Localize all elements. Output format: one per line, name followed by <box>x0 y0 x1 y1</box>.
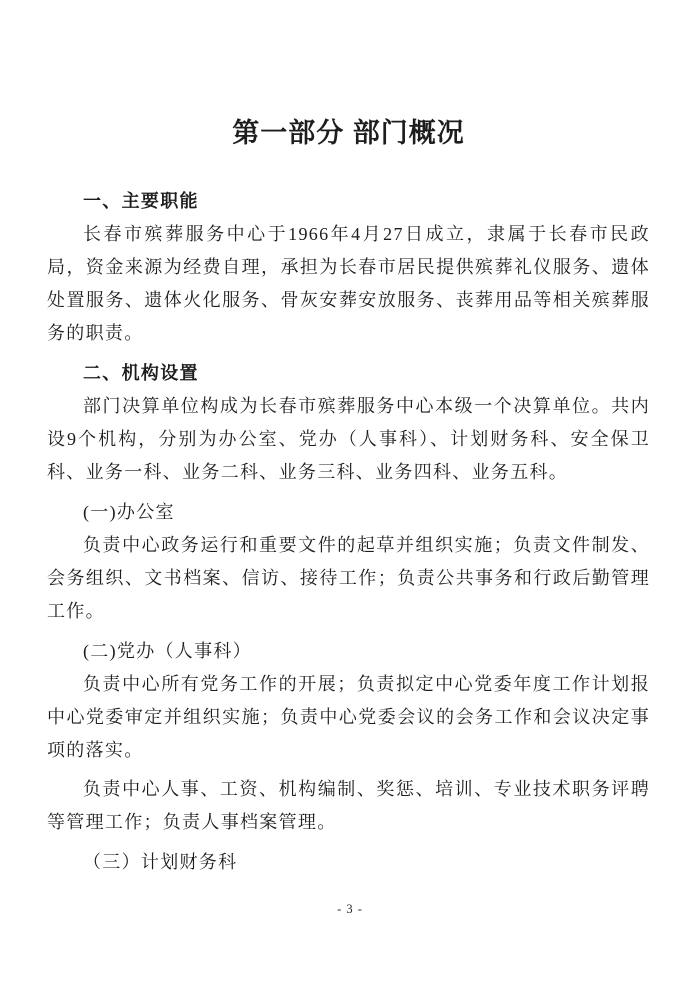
section-heading-main-duties: 一、主要职能 <box>47 185 650 218</box>
section-heading-organization: 二、机构设置 <box>47 357 650 390</box>
document-content: 第一部分 部门概况 一、主要职能 长春市殡葬服务中心于1966年4月27日成立，… <box>0 0 700 879</box>
paragraph: 长春市殡葬服务中心于1966年4月27日成立，隶属于长春市民政局，资金来源为经费… <box>47 218 650 350</box>
subsection-heading-office: (一)办公室 <box>47 496 650 529</box>
subsection-heading-finance: （三）计划财务科 <box>47 846 650 879</box>
page-number: - 3 - <box>0 902 700 917</box>
paragraph: 部门决算单位构成为长春市殡葬服务中心本级一个决算单位。共内设9个机构，分别为办公… <box>47 390 650 489</box>
paragraph: 负责中心政务运行和重要文件的起草并组织实施；负责文件制发、会务组织、文书档案、信… <box>47 529 650 628</box>
subsection-heading-party-office: (二)党办（人事科） <box>47 635 650 668</box>
paragraph: 负责中心所有党务工作的开展；负责拟定中心党委年度工作计划报中心党委审定并组织实施… <box>47 668 650 767</box>
document-page: 第一部分 部门概况 一、主要职能 长春市殡葬服务中心于1966年4月27日成立，… <box>0 0 700 990</box>
document-title: 第一部分 部门概况 <box>47 118 650 148</box>
paragraph: 负责中心人事、工资、机构编制、奖惩、培训、专业技术职务评聘等管理工作；负责人事档… <box>47 773 650 839</box>
